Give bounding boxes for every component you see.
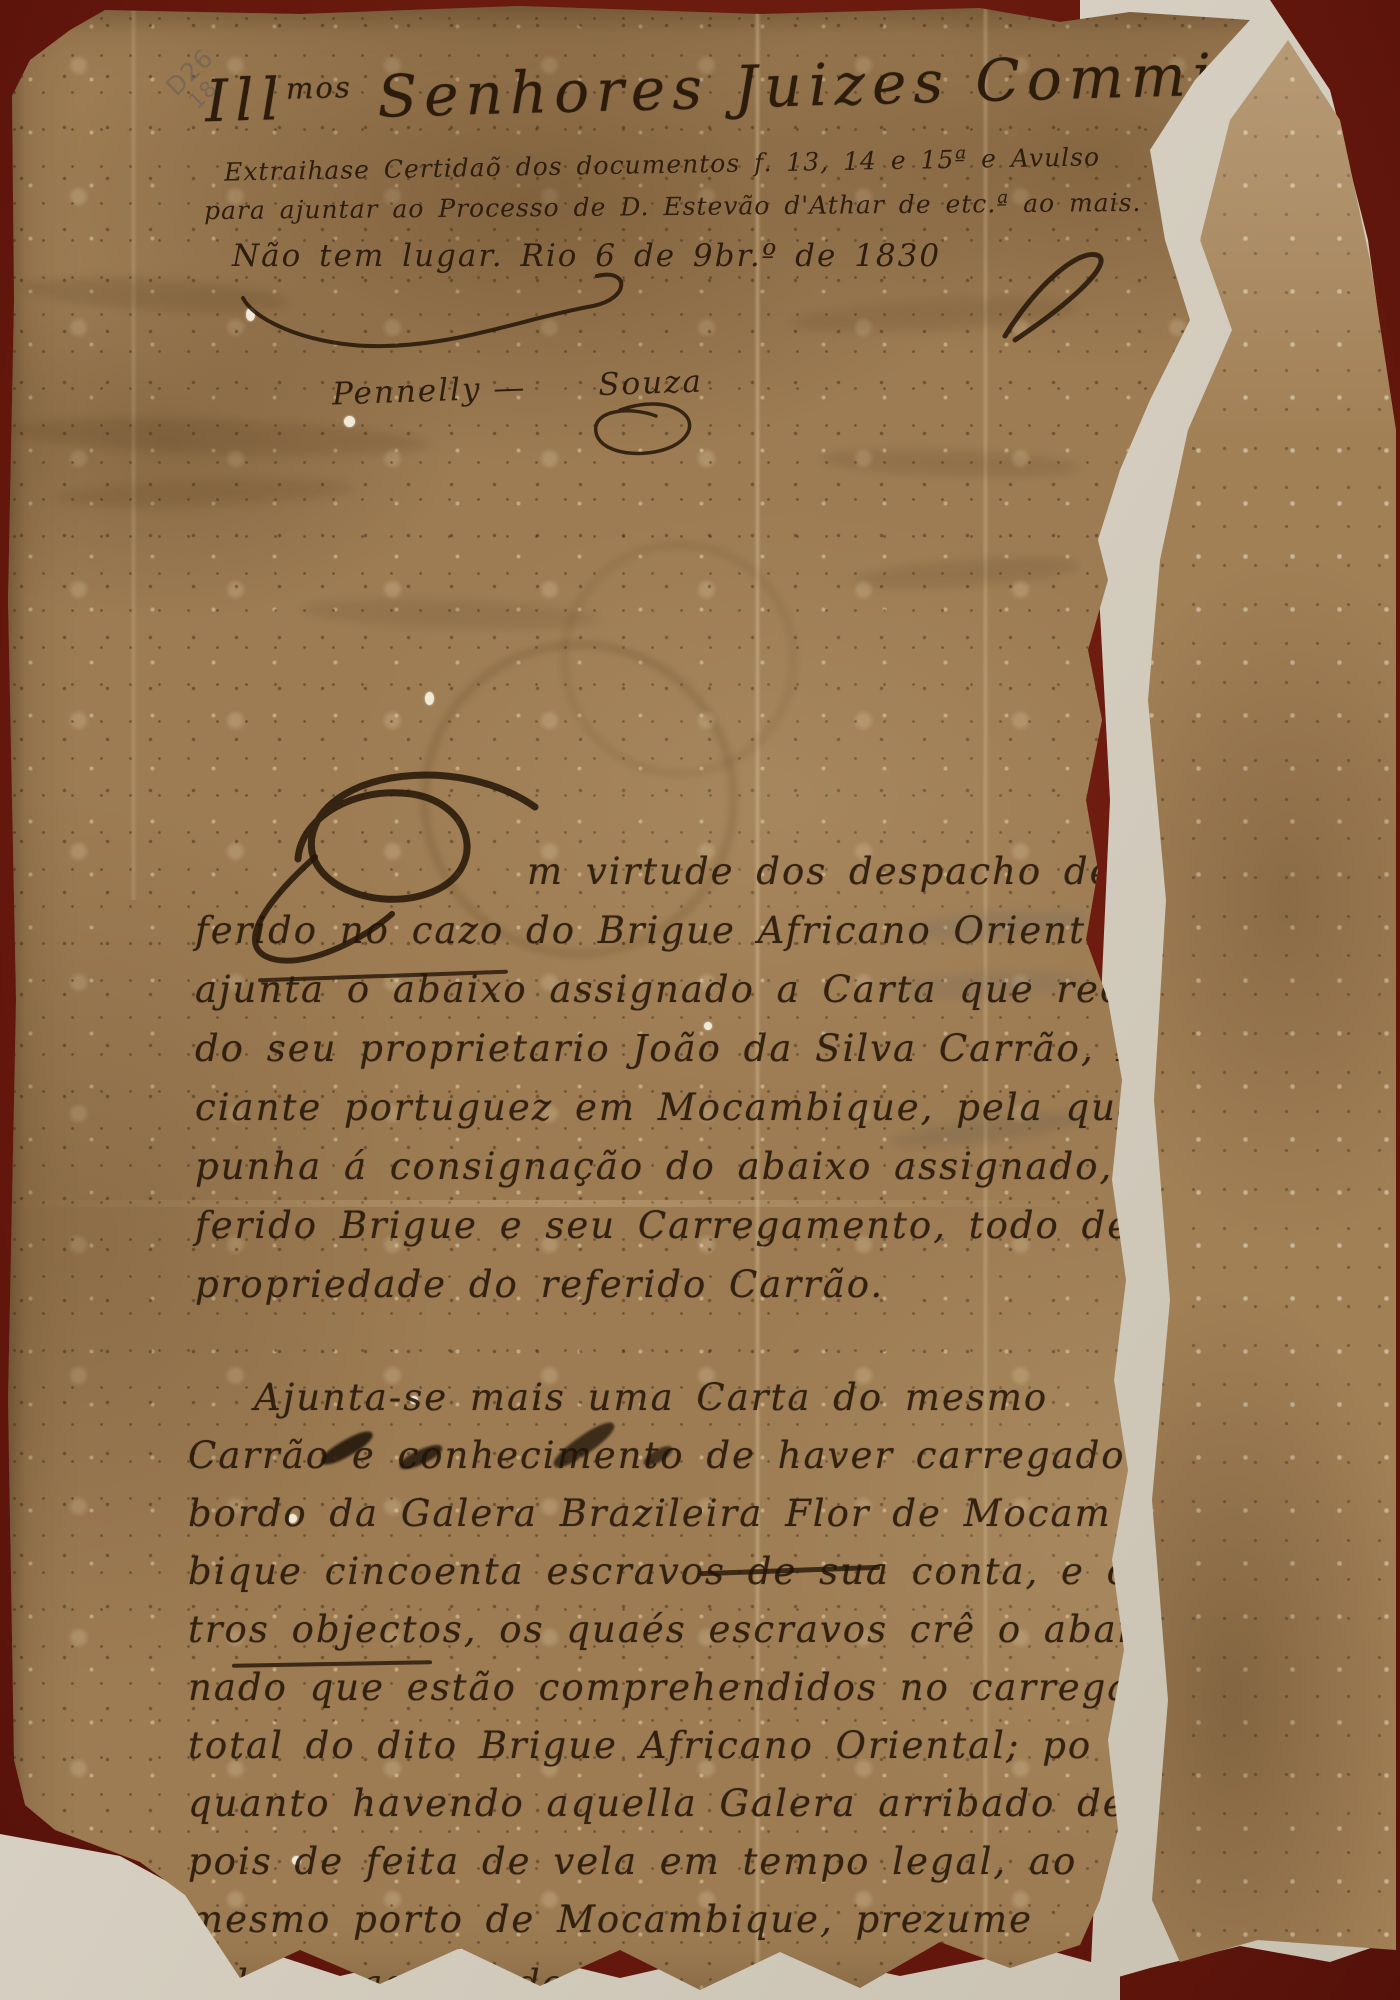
despacho-line-1: Extraihase Certidaõ dos documentos f. 13… bbox=[224, 142, 1100, 186]
salutation-prefix: Ill bbox=[204, 65, 287, 135]
scanned-manuscript-photo: D26 18 Illmos Senhores Juizes Commissár … bbox=[0, 0, 1400, 2000]
ink-bleedthrough bbox=[849, 552, 1080, 594]
ink-bleedthrough bbox=[10, 413, 431, 462]
despacho-line-2: para ajuntar ao Processo de D. Estevão d… bbox=[204, 188, 1142, 225]
signature-pennelly: Pennelly — bbox=[331, 370, 526, 413]
ink-bleedthrough bbox=[55, 475, 356, 511]
rubric-flourish bbox=[225, 258, 645, 368]
ink-bleedthrough bbox=[820, 445, 1081, 480]
ink-bleedthrough bbox=[300, 595, 601, 633]
pen-stroke-flourish bbox=[985, 240, 1115, 350]
salutation-superscript: mos bbox=[285, 70, 352, 106]
signature-flourish bbox=[560, 398, 720, 468]
paper-speck bbox=[344, 416, 355, 427]
paper-speck bbox=[425, 692, 434, 705]
stain-ring bbox=[560, 540, 798, 778]
vertical-fold-crease bbox=[130, 0, 137, 900]
